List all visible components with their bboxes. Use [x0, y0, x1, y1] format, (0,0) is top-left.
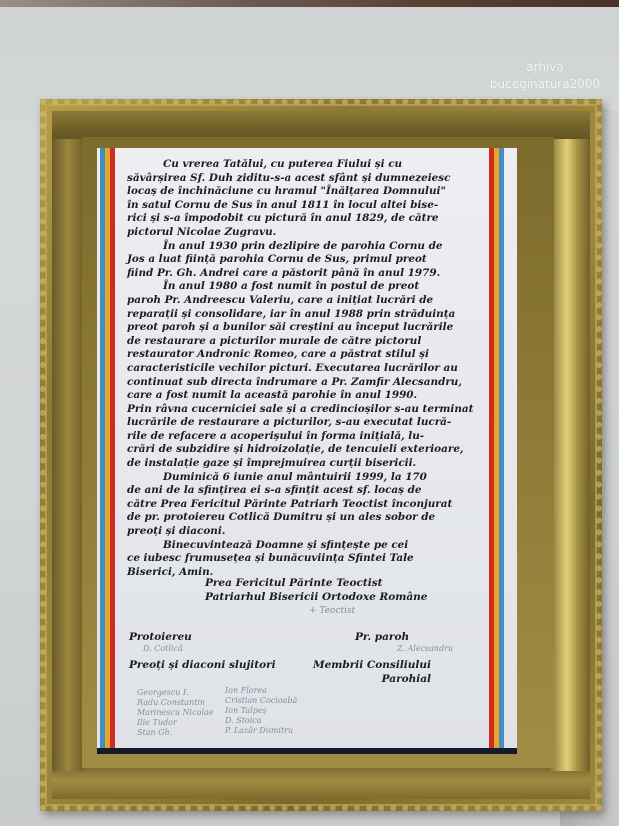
watermark: arhiva buceginatura2000: [470, 59, 619, 93]
text-line: În anul 1980 a fost numit în postul de p…: [127, 280, 492, 294]
text-line: Prin râvna cucerniciei sale și a credinc…: [127, 403, 492, 417]
signature: Cristian Cocioabă: [225, 696, 297, 706]
text-line: săvârșirea Sf. Duh ziditu-s-a acest sfân…: [127, 172, 492, 186]
ceiling-edge: [0, 0, 619, 7]
text-line: lucrările de restaurare a picturilor, s-…: [127, 416, 492, 430]
preot-paroh-label: Pr. paroh: [355, 630, 409, 644]
signature: Ion Talpeș: [225, 706, 297, 716]
paper-bottom-edge: [97, 748, 517, 754]
text-line: Cu vrerea Tatălui, cu puterea Fiului și …: [127, 158, 492, 172]
signature: D. Stoica: [225, 716, 297, 726]
text-line: Binecuvintează Doamne și sfințește pe ce…: [127, 539, 492, 553]
frame-left-rail: [52, 139, 84, 771]
consiliu-label-line-1: Membrii Consiliului: [313, 658, 431, 672]
text-line: de pr. protoiereu Cotlică Dumitru și un …: [127, 511, 492, 525]
tricolor-ribbon-left: [100, 148, 118, 753]
text-line: caracteristicile vechilor picturi. Execu…: [127, 362, 492, 376]
text-line: către Prea Fericitul Părinte Patriarh Te…: [127, 498, 492, 512]
text-line: fiind Pr. Gh. Andrei care a păstorit pân…: [127, 267, 492, 281]
text-line: de instalație gaze și împrejmuirea curți…: [127, 457, 492, 471]
watermark-line-2: buceginatura2000: [470, 76, 619, 93]
text-line: ce iubesc frumusețea și bunăcuviința Sfi…: [127, 552, 492, 566]
text-line: reparații și consolidare, iar în anul 19…: [127, 308, 492, 322]
text-line: În anul 1930 prin dezlipire de parohia C…: [127, 240, 492, 254]
signature: Marinescu Nicolae: [137, 708, 213, 718]
watermark-line-1: arhiva: [470, 59, 619, 76]
patriarch-title-line-2: Patriarhul Bisericii Ortodoxe Române: [205, 590, 427, 604]
text-line: de ani de la sfințirea ei s-a sfințit ac…: [127, 484, 492, 498]
text-line: preot paroh și a bunilor săi creștini au…: [127, 321, 492, 335]
text-line: rile de refacere a acoperișului în forma…: [127, 430, 492, 444]
text-line: rici și s-a împodobit cu pictură în anul…: [127, 212, 492, 226]
preot-paroh-signature: Z. Alecsandru: [397, 644, 453, 654]
text-line: paroh Pr. Andreescu Valeriu, care a iniț…: [127, 294, 492, 308]
clergy-signatures: Georgescu I. Radu Constantin Marinescu N…: [137, 688, 213, 738]
patriarch-signature: + Teoctist: [309, 606, 355, 616]
text-line: pictorul Nicolae Zugravu.: [127, 226, 492, 240]
preoti-diaconi-label: Preoți și diaconi slujitori: [129, 658, 276, 672]
signature: Georgescu I.: [137, 688, 213, 698]
text-line: restaurator Andronic Romeo, care a păstr…: [127, 348, 492, 362]
ribbon-blue-stripe: [499, 148, 504, 753]
protoiereu-signature: D. Cotlică: [143, 644, 183, 654]
text-line: continuat sub directa îndrumare a Pr. Za…: [127, 376, 492, 390]
signature: P. Lazăr Dumitru: [225, 726, 297, 736]
ribbon-red-stripe: [110, 148, 115, 753]
protoiereu-label: Protoiereu: [129, 630, 192, 644]
text-line: preoți și diaconi.: [127, 525, 492, 539]
consiliu-parohial-label: Membrii Consiliului Parohial: [313, 658, 431, 686]
patriarch-title: Prea Fericitul Părinte Teoctist Patriarh…: [205, 576, 427, 604]
signature: Ilie Tudor: [137, 718, 213, 728]
patriarch-title-line-1: Prea Fericitul Părinte Teoctist: [205, 576, 427, 590]
consiliu-label-line-2: Parohial: [313, 672, 431, 686]
frame-right-rail: [548, 139, 590, 771]
text-line: Duminică 6 iunie anul mântuirii 1999, la…: [127, 471, 492, 485]
text-line: locaș de închinăciune cu hramul "Înălțar…: [127, 185, 492, 199]
council-signatures: Ion Florea Cristian Cocioabă Ion Talpeș …: [225, 686, 297, 736]
text-line: care a fost numit la această parohie în …: [127, 389, 492, 403]
text-line: crări de subzidire și hidroizolație, de …: [127, 443, 492, 457]
text-line: Jos a luat ființă parohia Cornu de Sus, …: [127, 253, 492, 267]
signature: Stan Gh.: [137, 728, 213, 738]
text-line: în satul Cornu de Sus în anul 1811 în lo…: [127, 199, 492, 213]
signature: Ion Florea: [225, 686, 297, 696]
commemorative-document: Cu vrerea Tatălui, cu puterea Fiului și …: [97, 148, 517, 753]
text-line: de restaurare a picturilor murale de căt…: [127, 335, 492, 349]
signature: Radu Constantin: [137, 698, 213, 708]
document-body-text: Cu vrerea Tatălui, cu puterea Fiului și …: [127, 158, 492, 579]
